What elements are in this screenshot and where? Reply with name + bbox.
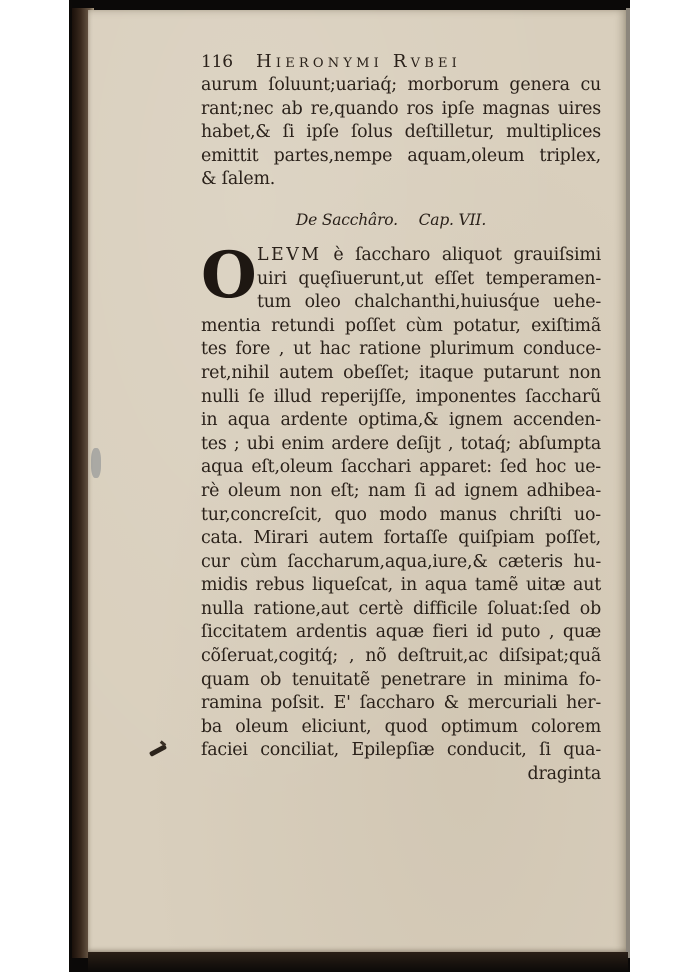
text-line: nulli ſe illud reperijſſe, imponentes ſa… xyxy=(201,386,601,410)
page-number: 116 xyxy=(201,50,233,74)
text-line: rant;nec ab re,quando ros ipſe magnas ui… xyxy=(201,98,601,122)
text-line: rè oleum non eſt; nam ſi ad ignem adhibe… xyxy=(201,480,601,504)
text-line: emittit partes,nempe aquam,oleum triplex… xyxy=(201,145,601,169)
text-line: quam ob tenuitatẽ penetrare in minima fo… xyxy=(201,669,601,693)
text-line: mentia retundi poſſet cùm potatur, exiſt… xyxy=(201,315,601,339)
text-line: LEVM è ſaccharo aliquot grauiſsimi xyxy=(201,244,601,268)
text-line: uiri quęſiuerunt,ut eſſet temperamen- xyxy=(201,268,601,292)
text-line: habet,& ſi ipſe ſolus deſtilletur, multi… xyxy=(201,121,601,145)
text-line: cata. Mirari autem fortaſſe quiſpiam poſ… xyxy=(201,527,601,551)
drop-cap: O xyxy=(201,248,257,304)
first-word: LEVM xyxy=(257,245,322,265)
chapter-title: De Sacchâro. xyxy=(296,211,398,229)
catchword: draginta xyxy=(201,763,601,787)
chapter-heading: De Sacchâro. Cap. VII. xyxy=(201,198,601,242)
running-head-title: Hieronymi Rvbei xyxy=(256,50,461,74)
chapter-number: Cap. VII. xyxy=(419,211,486,229)
text-line: ba oleum eliciunt, quod optimum colorem xyxy=(201,716,601,740)
text-line: tes fore , ut hac ratione plurimum condu… xyxy=(201,338,601,362)
text-line: ſiccitatem ardentis aquæ fieri id puto ,… xyxy=(201,621,601,645)
text-line: aqua eſt,oleum ſacchari apparet: ſed hoc… xyxy=(201,456,601,480)
text-line: faciei conciliat, Epilepſiæ conducit, ſi… xyxy=(201,739,601,763)
text-block: 116 Hieronymi Rvbei aurum ſoluunt;uariaq… xyxy=(201,50,601,787)
text-line: ret,nihil autem obeſſet; itaque putarunt… xyxy=(201,362,601,386)
running-head: 116 Hieronymi Rvbei xyxy=(201,50,601,74)
page-bottom-edge xyxy=(88,952,628,972)
text-line: ramina poſsit. E' ſaccharo & mercuriali … xyxy=(201,692,601,716)
text-line: nulla ratione,aut certè difficile ſoluat… xyxy=(201,598,601,622)
text-line: cõſeruat,cogitq́; , nõ deſtruit,ac diſsi… xyxy=(201,645,601,669)
text-line: tes ; ubi enim ardere deſijt , totaq́; a… xyxy=(201,433,601,457)
text-line: in aqua ardente optima,& ignem accenden- xyxy=(201,409,601,433)
chapter-paragraph: O LEVM è ſaccharo aliquot grauiſsimi uir… xyxy=(201,244,601,787)
text-line: midis rebus liqueſcat, in aqua tamẽ uitæ… xyxy=(201,574,601,598)
text-line: tum oleo chalchanthi,huiusq́ue uehe- xyxy=(201,291,601,315)
page-right-edge xyxy=(626,8,630,958)
text-line: & ſalem. xyxy=(201,168,601,192)
text-line: aurum ſoluunt;uariaq́; morborum genera c… xyxy=(201,74,601,98)
opening-lines: aurum ſoluunt;uariaq́; morborum genera c… xyxy=(201,74,601,192)
text-line: cur cùm ſaccharum,aqua,iure,& cæteris hu… xyxy=(201,551,601,575)
text-line: tur,concreſcit, quo modo manus chriſti u… xyxy=(201,504,601,528)
paper-stain xyxy=(91,448,101,478)
